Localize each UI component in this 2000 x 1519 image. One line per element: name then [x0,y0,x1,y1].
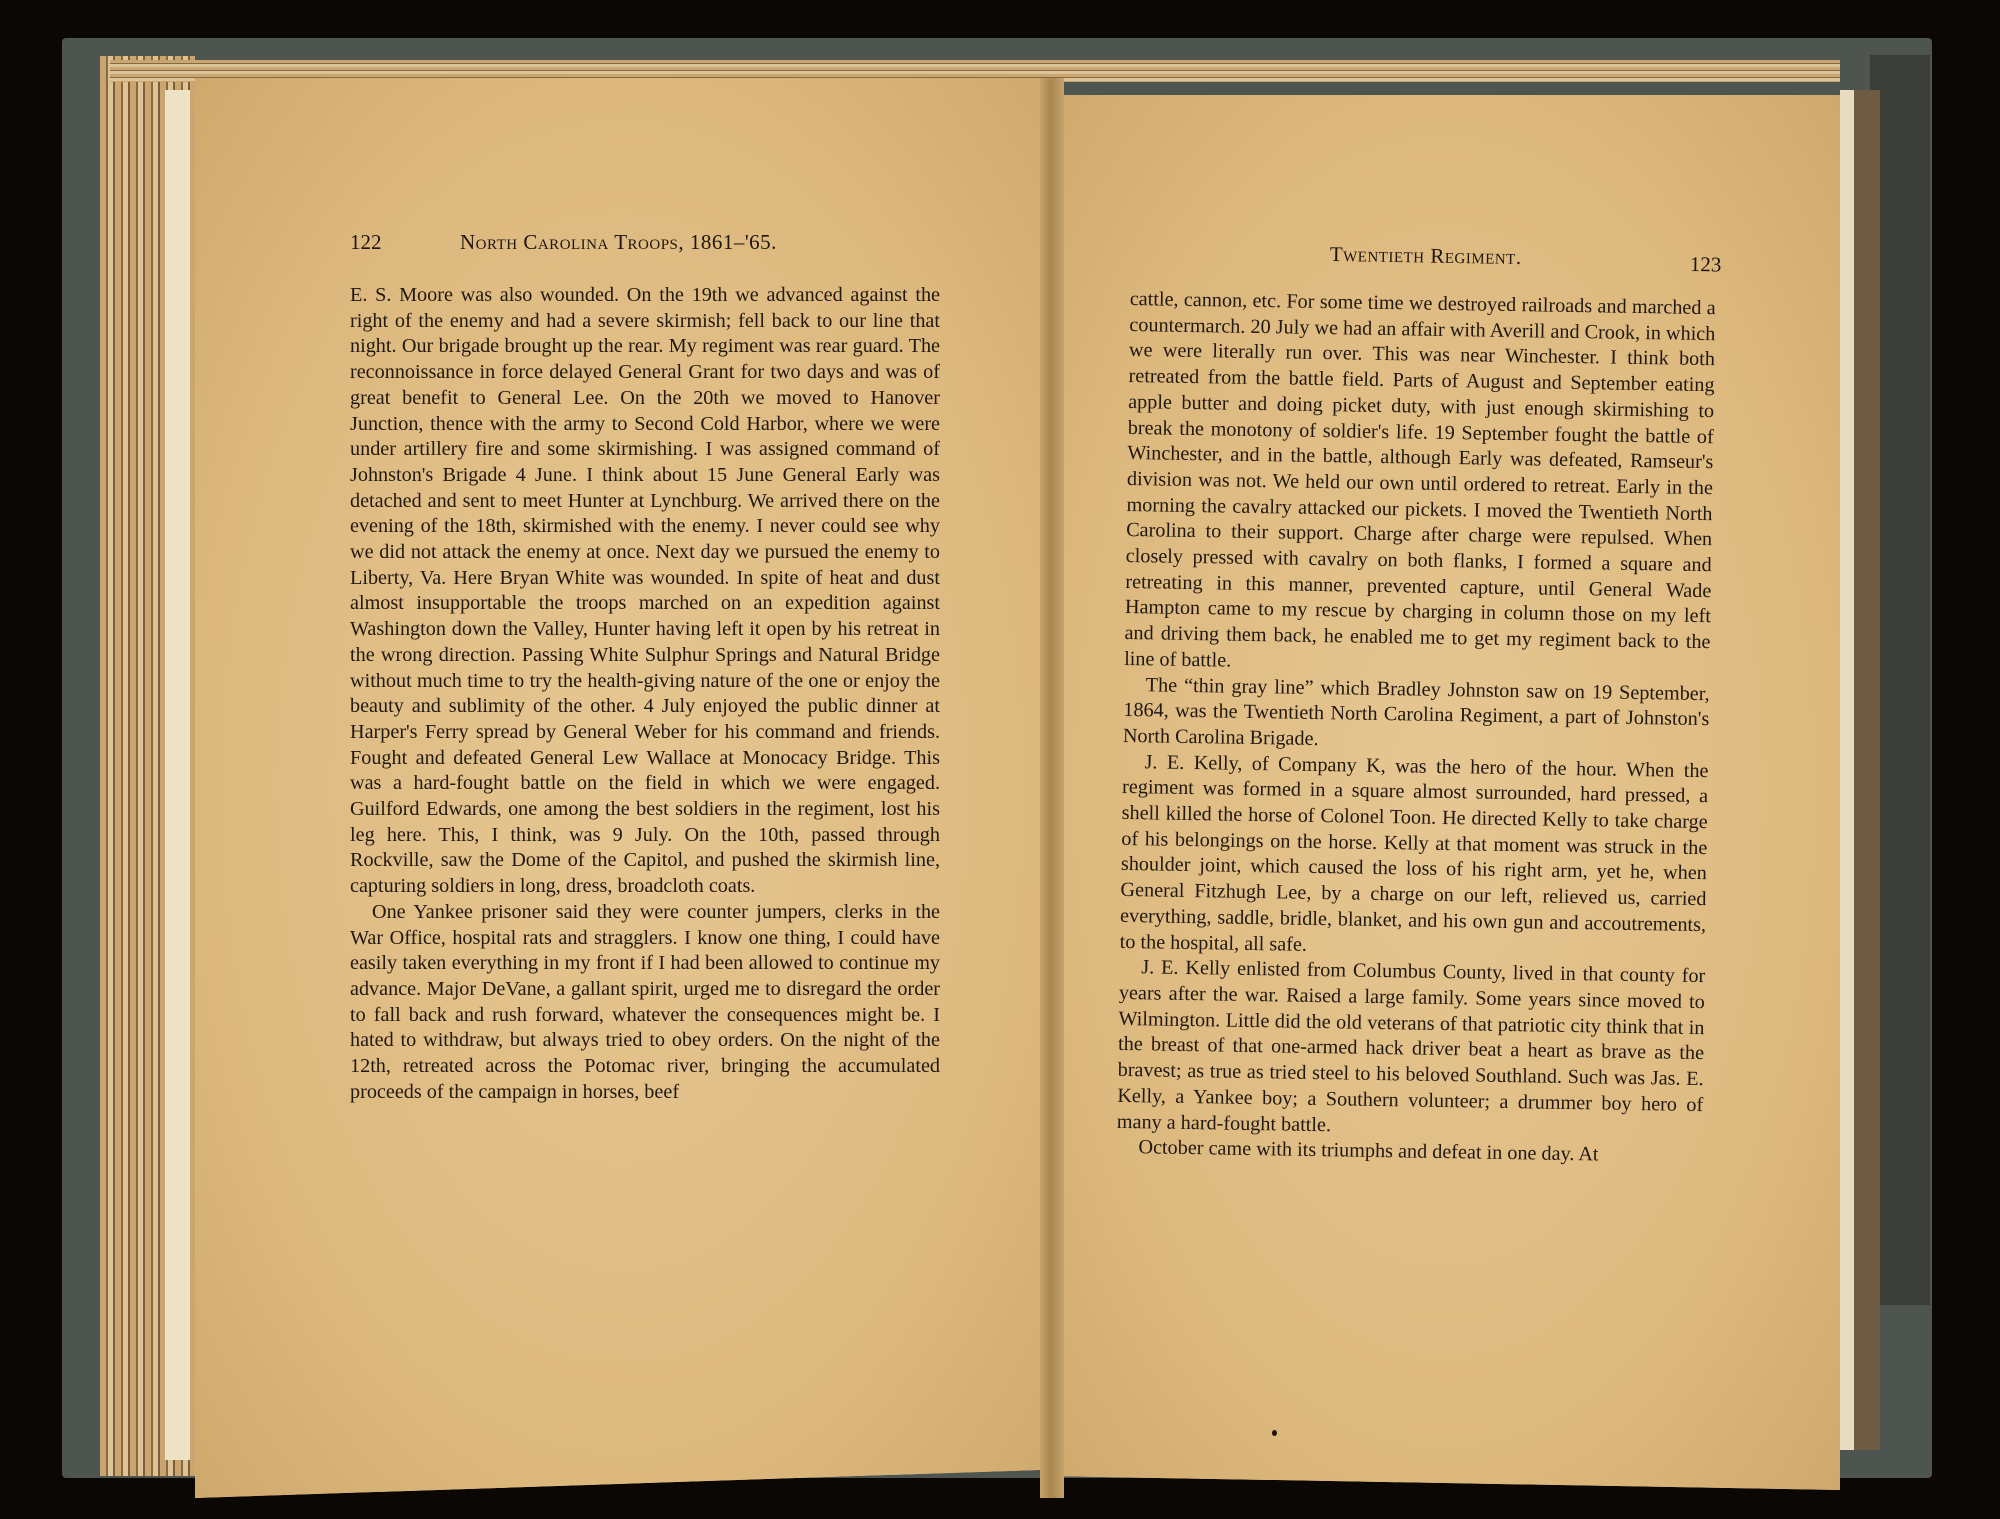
right-running-head: Twentieth Regiment. [1330,242,1522,270]
right-page-number: 123 [1690,252,1722,277]
paragraph: One Yankee prisoner said they were count… [350,900,940,1106]
paragraph: J. E. Kelly, of Company K, was the hero … [1120,750,1709,965]
ink-spot [1272,1430,1277,1436]
paragraph: E. S. Moore was also wounded. On the 19t… [350,283,940,900]
right-page-body: cattle, cannon, etc. For some time we de… [1116,287,1716,1170]
paragraph: The “thin gray line” which Bradley Johns… [1123,672,1710,758]
paragraph: cattle, cannon, etc. For some time we de… [1124,287,1716,682]
paragraph: J. E. Kelly enlisted from Columbus Count… [1117,955,1706,1144]
flyleaf-edge [165,90,190,1460]
page-edges-right [1840,90,1880,1450]
left-page-body: E. S. Moore was also wounded. On the 19t… [350,283,940,1106]
book-gutter [1040,78,1064,1498]
left-page-number: 122 [350,230,382,255]
left-running-head: North Carolina Troops, 1861–'65. [460,230,777,255]
